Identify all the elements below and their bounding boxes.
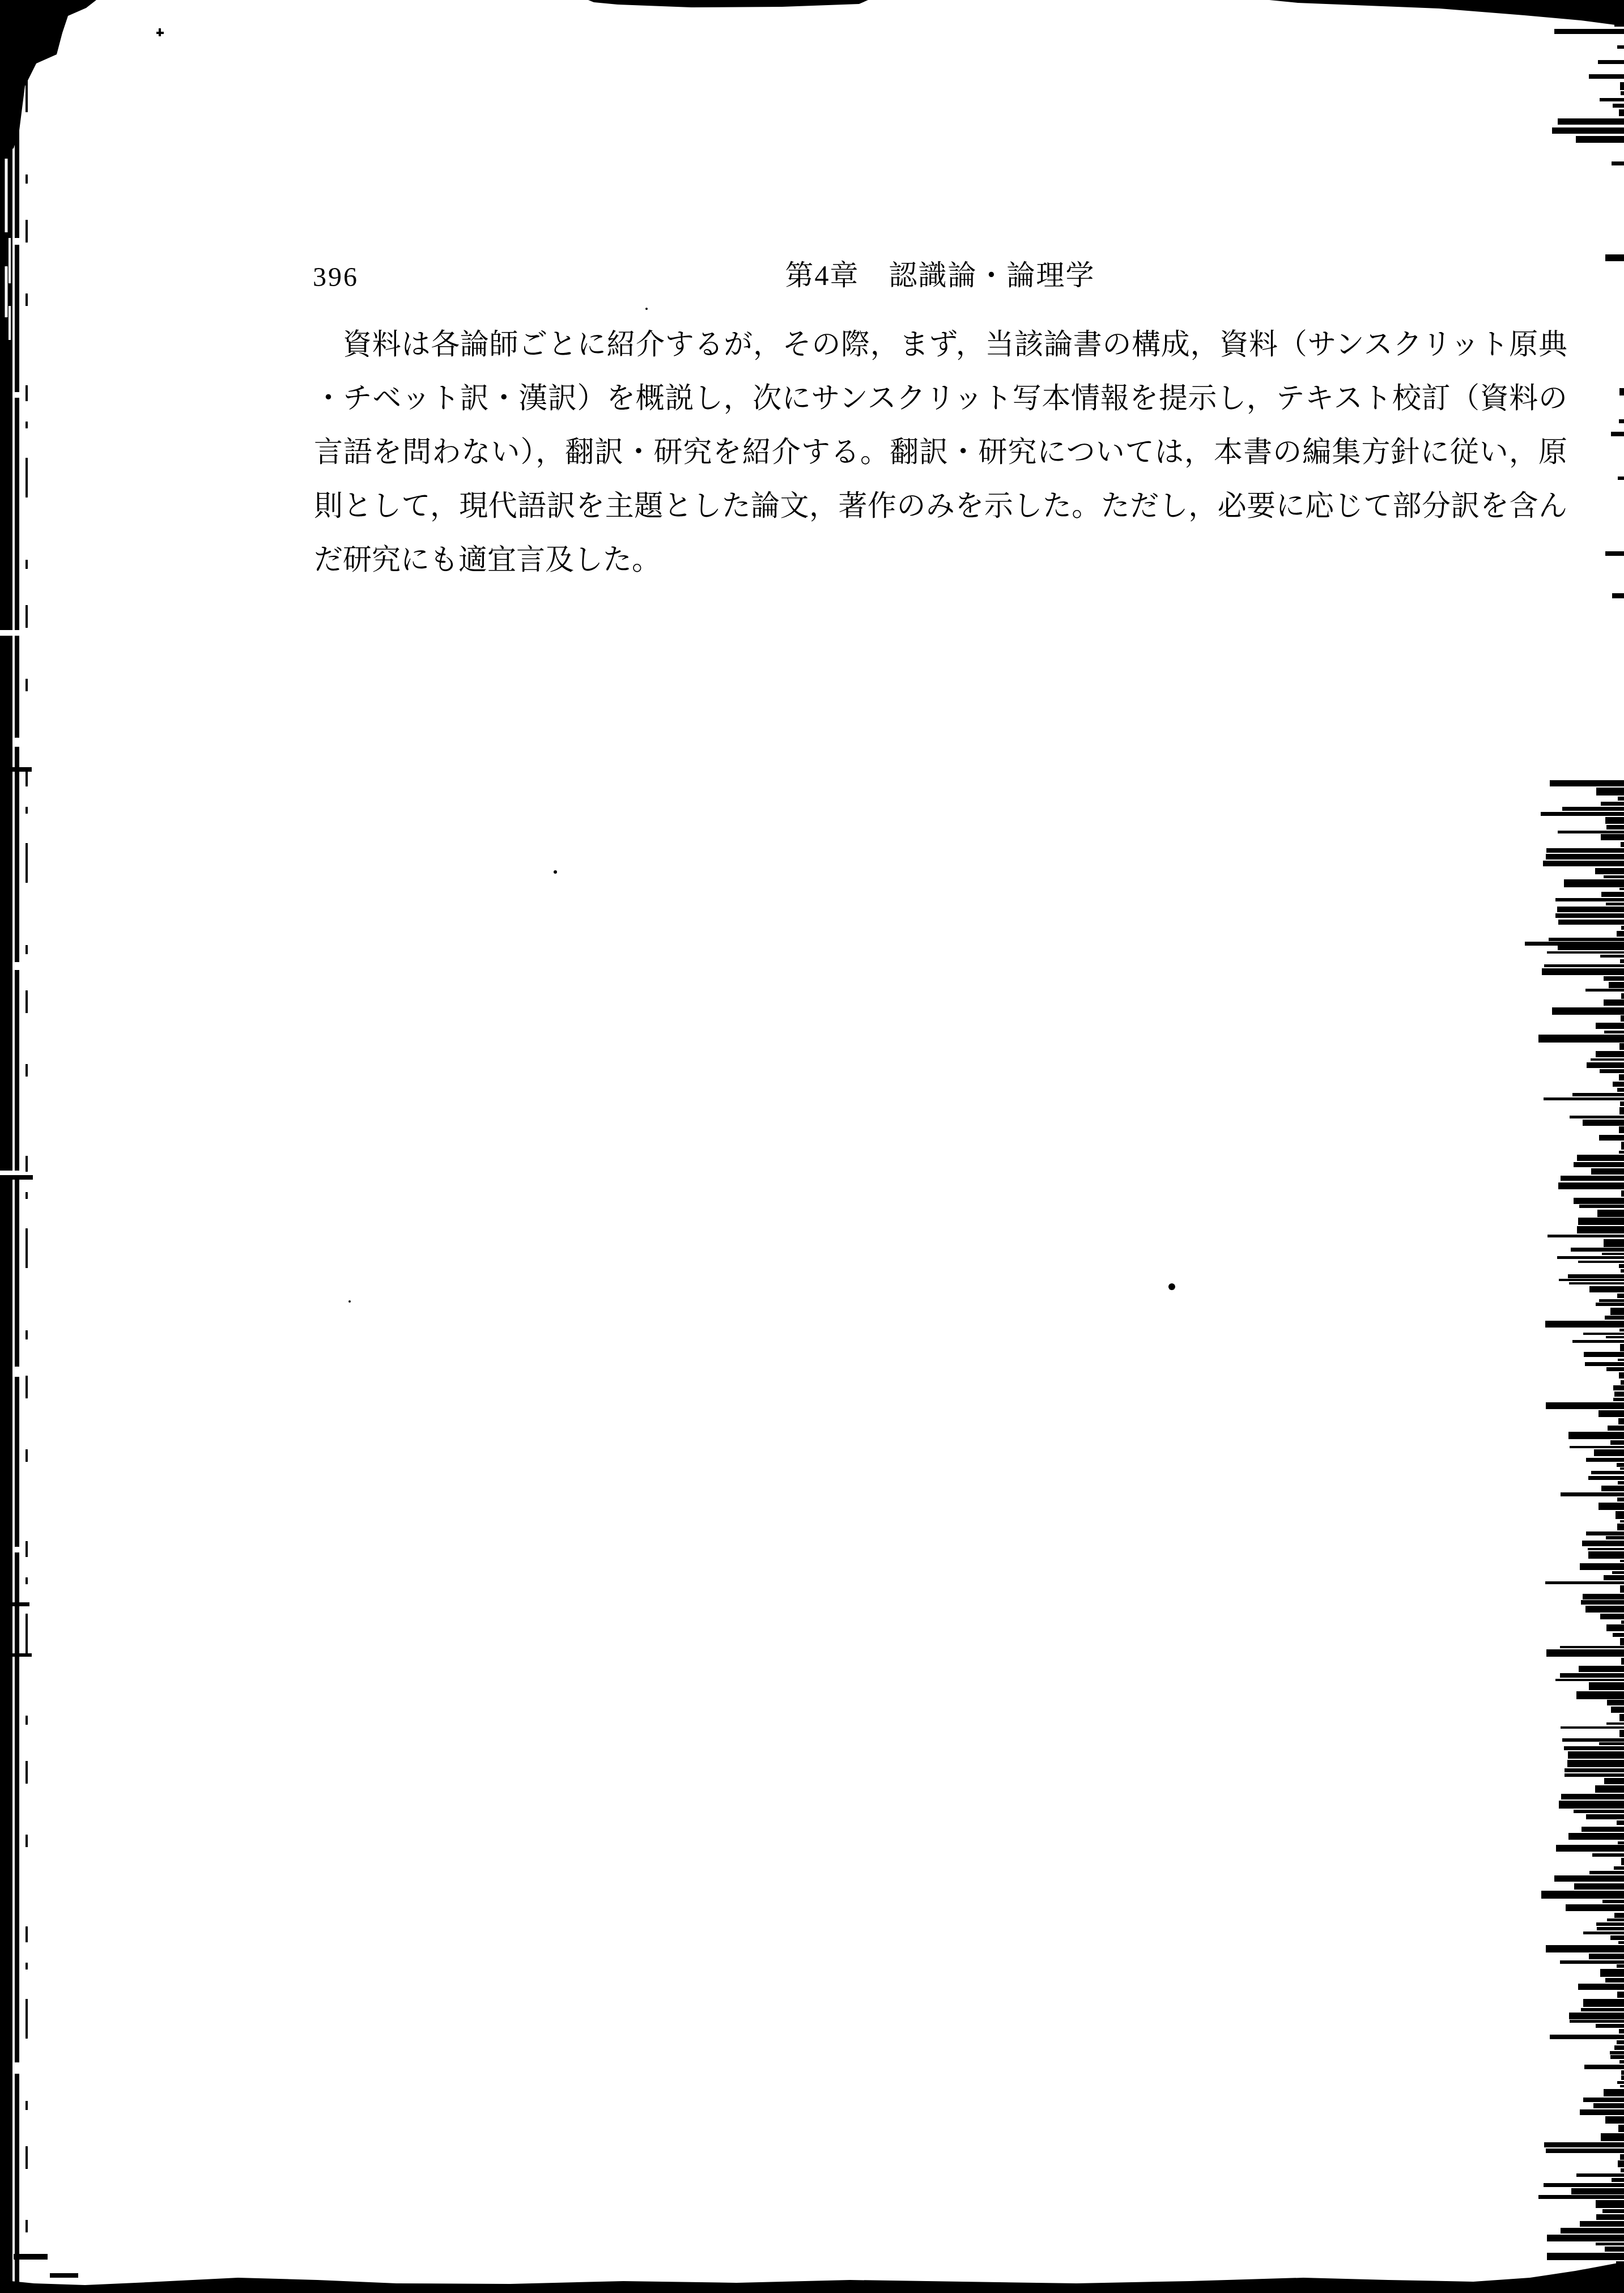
paragraph-line: 資料は各論師ごとに紹介するが，その際，まず，当該論書の構成，資料（サンスクリット… xyxy=(314,318,1567,372)
ink-speck xyxy=(554,870,557,874)
ink-speck xyxy=(1168,1283,1175,1290)
scanned-page: 396 第4章 認識論・論理学 資料は各論師ごとに紹介するが，その際，まず，当該… xyxy=(0,0,1624,2293)
ink-speck xyxy=(645,308,648,310)
running-header: 第4章 認識論・論理学 xyxy=(314,259,1566,292)
left-band-blip xyxy=(12,1653,32,1657)
ink-speck xyxy=(159,28,161,36)
paragraph-line: 則として，現代語訳を主題とした論文，著作のみを示した。ただし，必要に応じて部分訳… xyxy=(314,480,1567,534)
top-left-corner-blob xyxy=(0,0,96,152)
ink-speck xyxy=(348,1300,351,1303)
left-band-blip xyxy=(11,1175,33,1180)
top-right-corner-smudge xyxy=(1269,0,1624,26)
left-edge-band xyxy=(0,0,78,2293)
left-band-main xyxy=(0,130,12,2293)
paragraph-line: ・チベット訳・漢訳）を概説し，次にサンスクリット写本情報を提示し，テキスト校訂（… xyxy=(314,372,1567,426)
paragraph-line: 言語を問わない），翻訳・研究を紹介する。翻訳・研究については，本書の編集方針に従… xyxy=(314,426,1567,480)
left-band-blip xyxy=(50,2273,78,2278)
ink-specks xyxy=(156,28,1175,1303)
top-edge-smudge xyxy=(588,0,868,7)
left-band-blip xyxy=(0,1602,29,1606)
left-band-white-break xyxy=(0,630,19,636)
left-band-blip xyxy=(14,2254,48,2260)
left-band-white-break xyxy=(0,1171,19,1175)
paragraph-line: だ研究にも適宜言及した。 xyxy=(314,534,1567,588)
bottom-edge-band xyxy=(0,2262,1624,2293)
left-band-blip xyxy=(0,767,32,772)
ink-speck xyxy=(156,32,164,34)
body-paragraph: 資料は各論師ごとに紹介するが，その際，まず，当該論書の構成，資料（サンスクリット… xyxy=(314,318,1567,588)
